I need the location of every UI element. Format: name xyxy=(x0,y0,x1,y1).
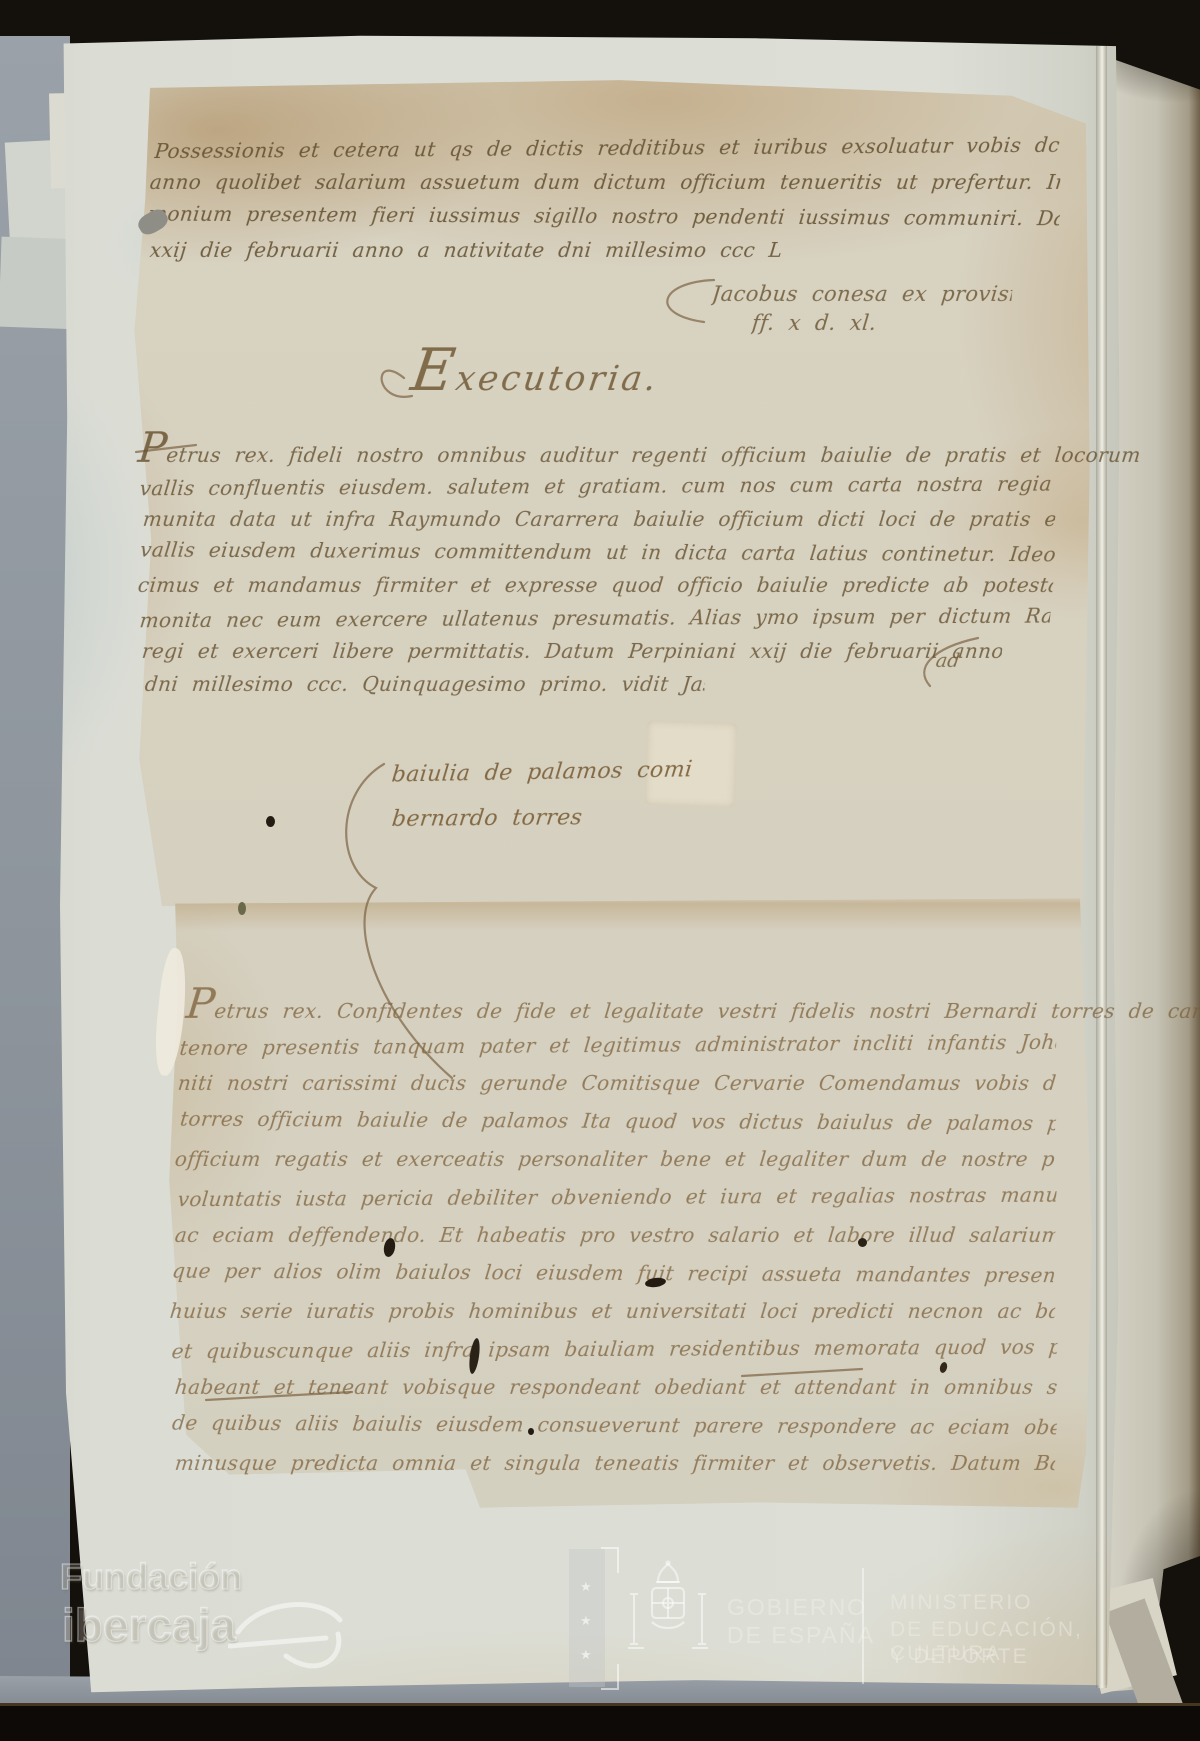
foundation-watermark-line2: ibercaja xyxy=(62,1598,236,1652)
manuscript-line: habeant et teneant vobisque respondeant … xyxy=(174,1374,1059,1400)
manuscript-line: monium presentem fieri iussimus sigillo … xyxy=(147,201,1061,232)
heading-executoria: Executoria. xyxy=(407,336,664,404)
manuscript-line: voluntatis iusta pericia debiliter obven… xyxy=(176,1182,1057,1213)
manuscript-line: vallis confluentis eiusdem. salutem et g… xyxy=(138,471,1056,502)
manuscript-line: dni millesimo ccc. Quinquagesimo primo. … xyxy=(144,671,707,697)
manuscript-line: xxij die februarii anno a nativitate dni… xyxy=(149,237,792,263)
manuscript-line: regi et exerceri libere permittatis. Dat… xyxy=(141,638,1004,664)
manuscript-line: vallis eiusdem duxerimus committendum ut… xyxy=(139,537,1056,568)
manuscript-line: torres officium baiulie de palamos Ita q… xyxy=(179,1106,1057,1137)
manuscript-line: huius serie iuratis probis hominibus et … xyxy=(169,1298,1057,1324)
star-icon: ★ xyxy=(580,1613,592,1629)
ink-blot xyxy=(858,1238,867,1247)
ministry-name-line3: Y DEPORTE xyxy=(890,1645,1029,1669)
manuscript-line: Petrus rex. fideli nostro omnibus auditu… xyxy=(136,438,1054,468)
government-name-line1: GOBIERNO xyxy=(727,1594,867,1621)
manuscript-line: officium regatis et exerceatis personali… xyxy=(174,1146,1057,1172)
signature-line: ff. x d. xl. xyxy=(751,310,914,336)
photo-frame-bottom xyxy=(0,1703,1200,1741)
ibercaja-logo-icon xyxy=(228,1594,353,1674)
manuscript-line: et quibuscunque aliis infra ipsam baiuli… xyxy=(170,1334,1058,1365)
manuscript-line: Petrus rex. Confidentes de fide et legal… xyxy=(184,994,1057,1024)
star-icon: ★ xyxy=(580,1579,592,1595)
manuscript-line: monita nec eum exercere ullatenus presum… xyxy=(138,603,1051,634)
archive-photo: Possessionis et cetera ut qs de dictis r… xyxy=(0,0,1200,1741)
manuscript-line: minusque predicta omnia et singula tenea… xyxy=(174,1450,1057,1476)
manuscript-line: que per alios olim baiulos loci eiusdem … xyxy=(171,1258,1055,1289)
manuscript-line: niti nostri carissimi ducis gerunde Comi… xyxy=(177,1070,1058,1096)
spain-coat-of-arms-icon xyxy=(620,1560,716,1664)
banner-bracket-icon xyxy=(601,1664,619,1690)
heading-swash-stroke xyxy=(382,371,412,397)
docket-note-line: bernardo torres xyxy=(390,805,623,833)
foundation-watermark-line1: Fundación xyxy=(60,1556,242,1598)
ink-blot xyxy=(238,902,246,915)
manuscript-line: de quibus aliis baiulis eiusdem consueve… xyxy=(171,1410,1058,1441)
ink-blot xyxy=(528,1428,534,1435)
manuscript-line: ac eciam deffendendo. Et habeatis pro ve… xyxy=(174,1222,1057,1248)
manuscript-line: munita data ut infra Raymundo Cararrera … xyxy=(142,506,1057,532)
margin-mark: ad xyxy=(934,650,961,672)
docket-note-line: baiulia de palamos comissa xyxy=(390,757,693,788)
signature-line: Jacobus conesa ex provisione xyxy=(711,281,1014,307)
star-icon: ★ xyxy=(580,1647,592,1663)
flag-banner-icon: ★ ★ ★ xyxy=(569,1549,605,1687)
manuscript-line: anno quolibet salarium assuetum dum dict… xyxy=(149,169,1062,195)
watermark-divider xyxy=(862,1568,864,1684)
government-name-line2: DE ESPAÑA xyxy=(727,1622,875,1649)
signature-brace-stroke xyxy=(667,280,714,322)
banner-bracket-icon xyxy=(601,1547,619,1573)
ministry-name-line1: MINISTERIO xyxy=(890,1591,1033,1615)
ink-blot xyxy=(266,816,275,827)
manuscript-line: cimus et mandamus firmiter et expresse q… xyxy=(137,572,1055,598)
